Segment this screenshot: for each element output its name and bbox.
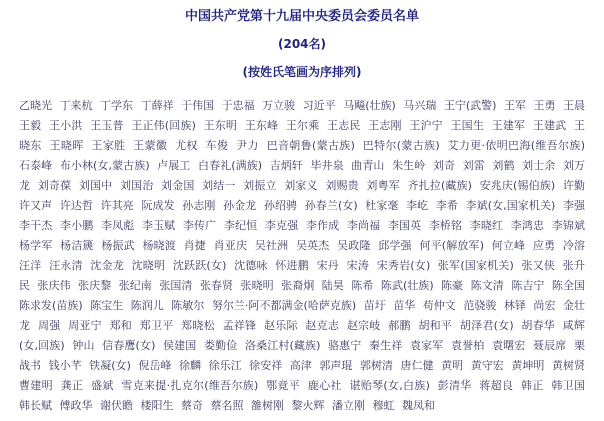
document-page: 中国共产党第十九届中央委员会委员名单 (204名) (按姓氏笔画为序排列) 乙晓…: [0, 0, 604, 421]
member-count-line: (204名): [0, 38, 604, 51]
member-names-paragraph: 乙晓光 丁来杭 丁学东 丁薛祥 于伟国 于忠福 万立骏 习近平 马飚(壮族) 马…: [19, 96, 585, 416]
sort-order-note: (按姓氏笔画为序排列): [0, 66, 604, 79]
page-title: 中国共产党第十九届中央委员会委员名单: [0, 10, 604, 23]
